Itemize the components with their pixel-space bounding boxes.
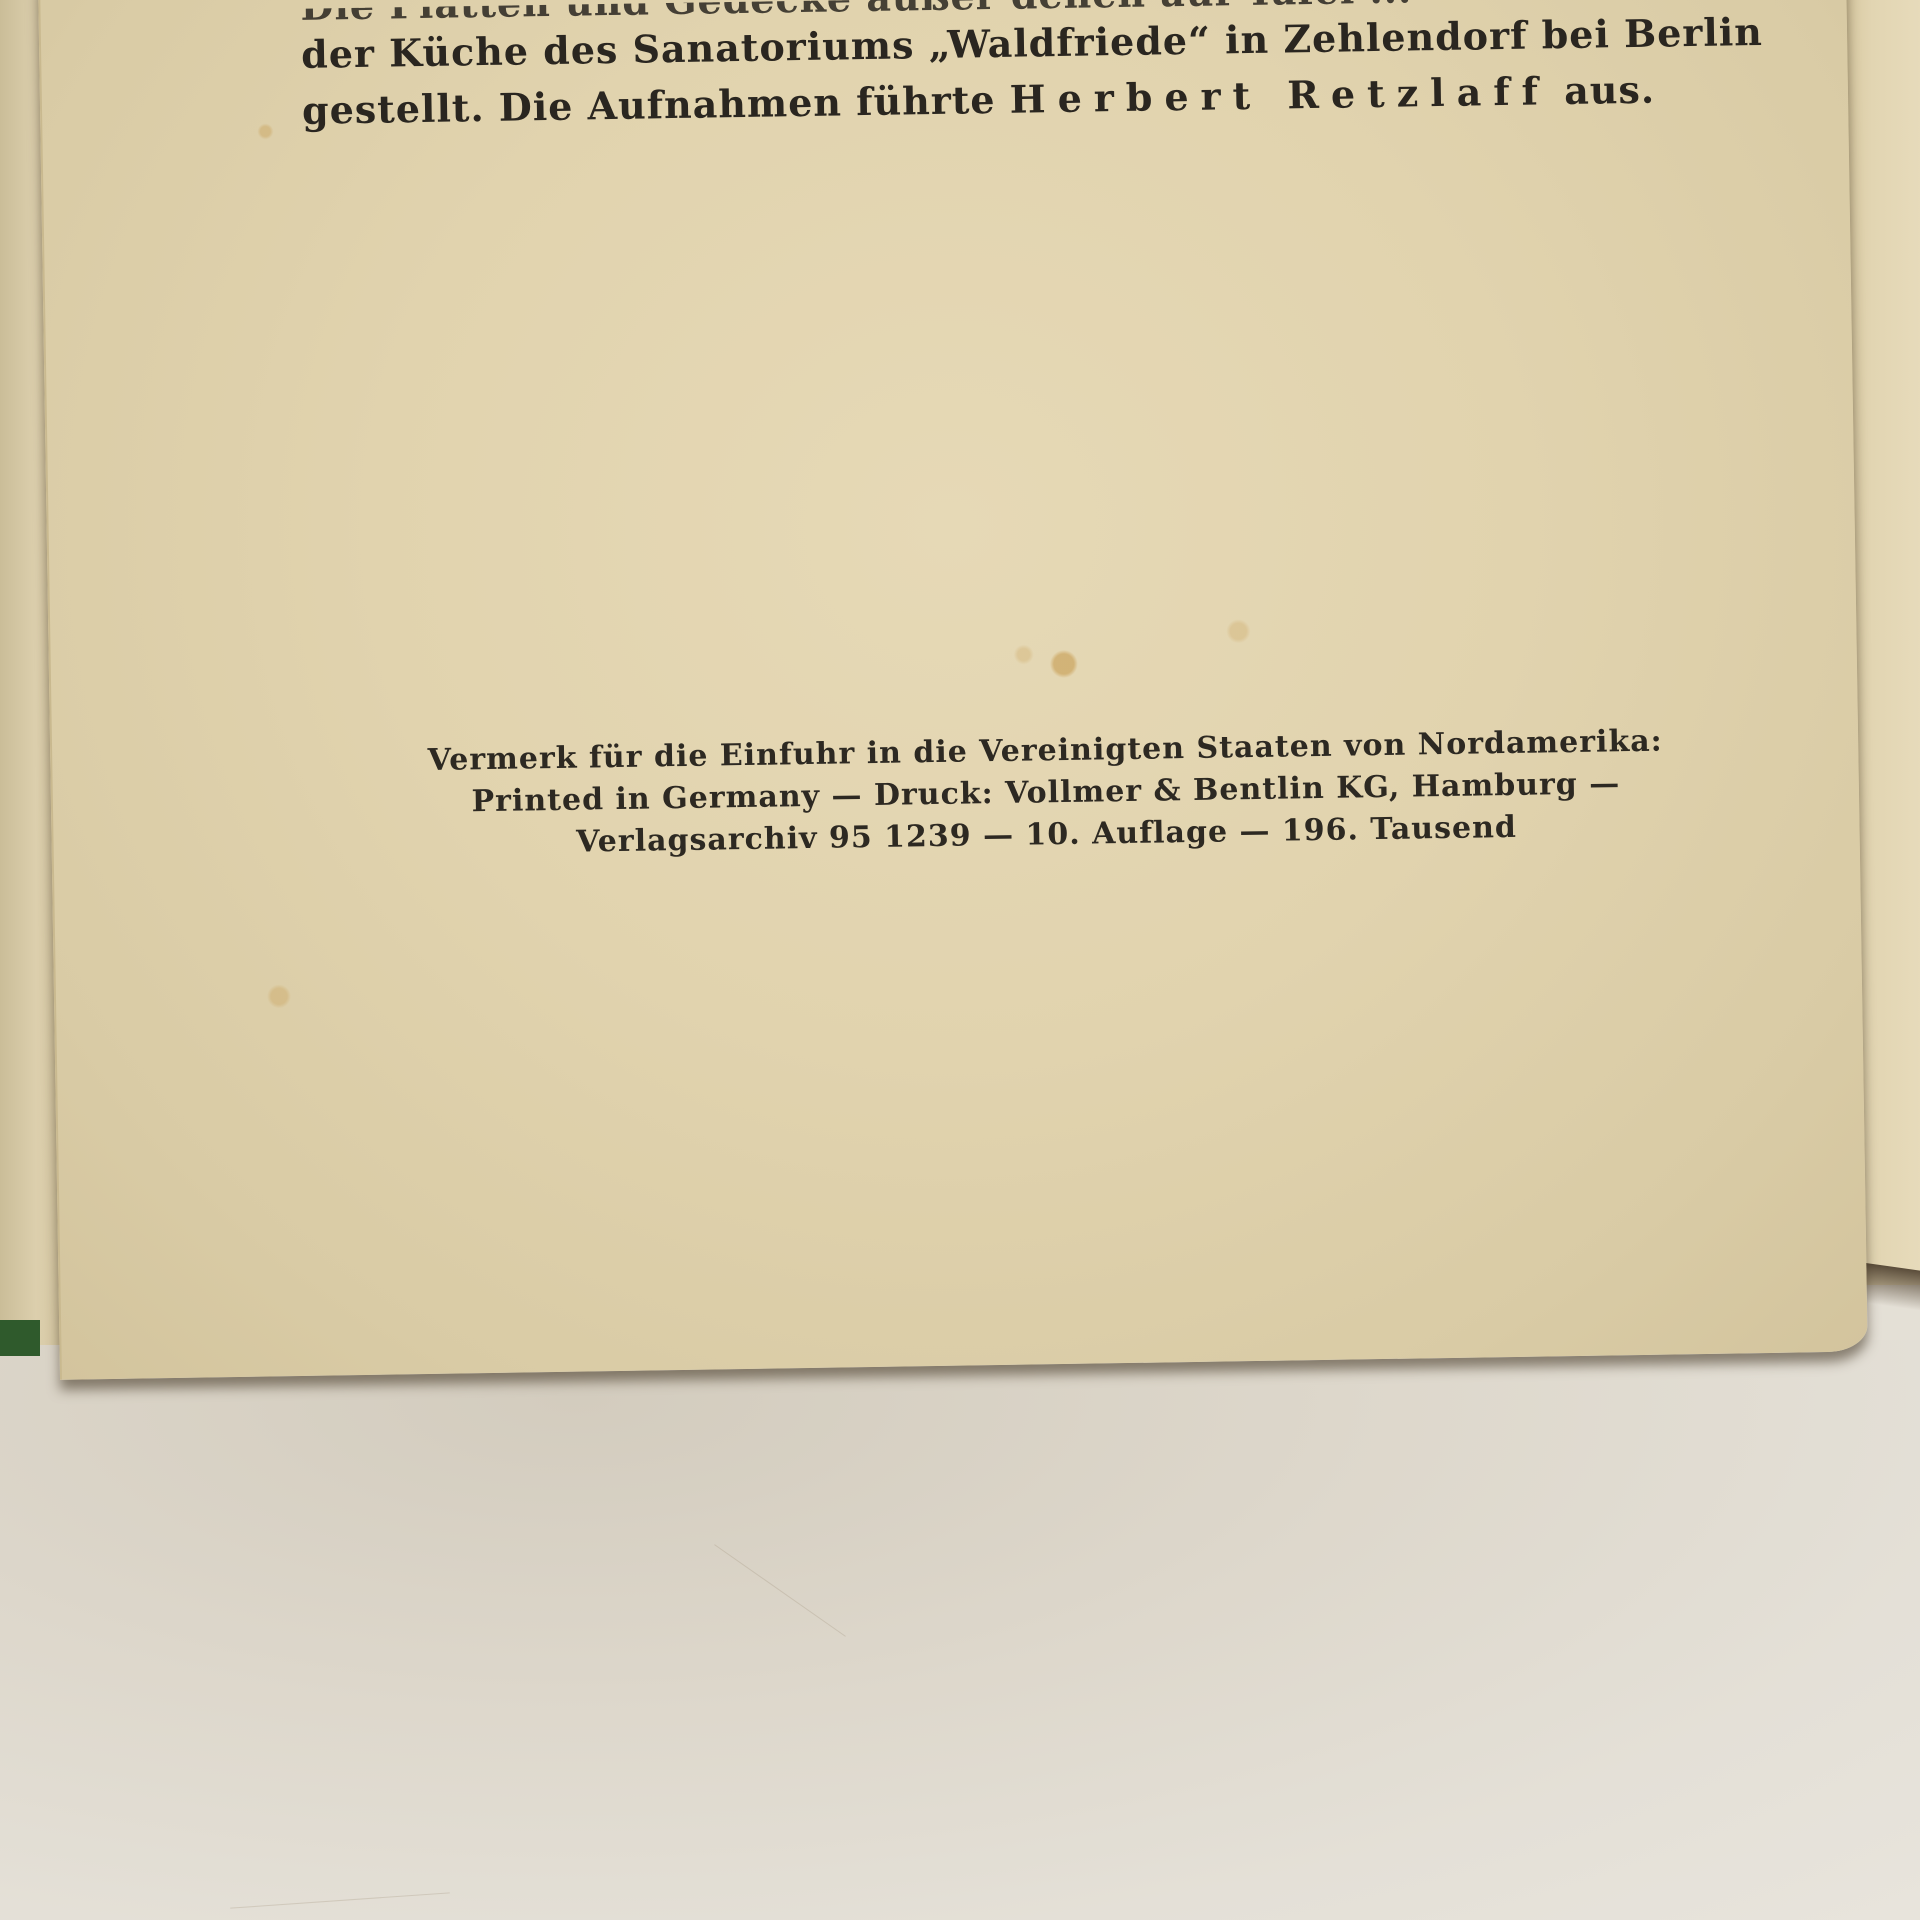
book-cover-edge (0, 1320, 40, 1356)
book-page: Die Platten und Gedecke außer denen auf … (38, 0, 1868, 1380)
body-text-line-3-start: gestellt. Die Aufnahmen führte (302, 77, 1010, 133)
imprint-notice: Vermerk für die Einfuhr in die Vereinigt… (410, 720, 1682, 866)
table-surface (0, 1340, 1920, 1920)
surface-scratch (230, 1892, 450, 1908)
body-text-line-3: gestellt. Die Aufnahmen führte Herbert R… (302, 71, 1656, 130)
photographer-name: Herbert Retzlaff (1009, 68, 1550, 121)
surface-scratch (714, 1544, 846, 1637)
body-text-line-3-end: aus. (1550, 67, 1656, 114)
